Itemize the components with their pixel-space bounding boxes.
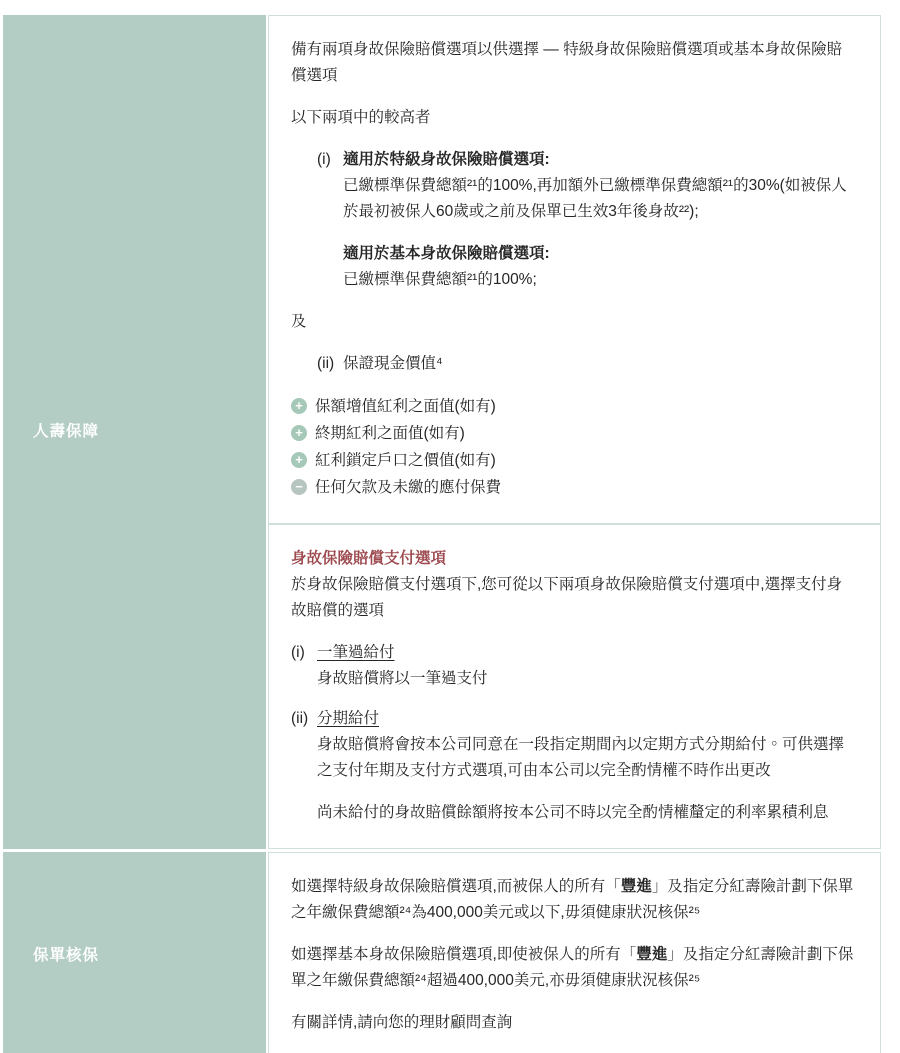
table-row-underwriting: 保單核保 如選擇特級身故保險賠償選項,而被保人的所有「豐進」及指定分紅壽險計劃下…	[3, 852, 881, 1053]
bullet-text: 終期紅利之面值(如有)	[315, 420, 465, 447]
list-item: + 終期紅利之面值(如有)	[291, 420, 854, 447]
plus-icon: +	[291, 398, 307, 414]
higher-of-paragraph: 以下兩項中的較高者	[291, 105, 854, 131]
payment-option-ii-body: 分期給付 身故賠償將會按本公司同意在一段指定期間內以定期方式分期給付。可供選擇之…	[317, 706, 854, 826]
list-item-ii-body: 保證現金價值⁴	[343, 351, 854, 377]
row-label-underwriting: 保單核保	[3, 852, 266, 1053]
plan-name-bold: 豐進	[621, 878, 652, 895]
basic-option-title: 適用於基本身故保險賠償選項:	[343, 241, 854, 267]
payment-options-section: 身故保險賠償支付選項 於身故保險賠償支付選項下,您可從以下兩項身故保險賠償支付選…	[269, 525, 880, 848]
bullet-text: 任何欠款及未繳的應付保費	[315, 474, 501, 501]
special-option-body: 已繳標準保費總額²¹的100%,再加額外已繳標準保費總額²¹的30%(如被保人於…	[343, 173, 854, 225]
and-connector: 及	[291, 309, 854, 335]
death-benefit-options-section: 備有兩項身故保險賠償選項以供選擇 — 特級身故保險賠償選項或基本身故保險賠償選項…	[269, 16, 880, 523]
list-marker-i: (i)	[317, 147, 343, 293]
lump-sum-title: 一筆過給付	[317, 640, 854, 666]
lump-sum-body: 身故賠償將以一筆過支付	[317, 666, 854, 692]
row-label-life-protection: 人壽保障	[3, 15, 266, 849]
underwriting-paragraph-2: 如選擇基本身故保險賠償選項,即使被保人的所有「豐進」及指定分紅壽險計劃下保單之年…	[291, 942, 854, 994]
bullet-text: 紅利鎖定戶口之價值(如有)	[315, 447, 496, 474]
guaranteed-cash-value-text: 保證現金價值⁴	[343, 351, 854, 377]
installment-title: 分期給付	[317, 706, 854, 732]
list-item-i: (i) 適用於特級身故保險賠償選項: 已繳標準保費總額²¹的100%,再加額外已…	[291, 147, 854, 293]
plus-icon: +	[291, 425, 307, 441]
list-item: + 保額增值紅利之面值(如有)	[291, 393, 854, 420]
advisor-note-paragraph: 有關詳情,請向您的理財顧問查詢	[291, 1010, 854, 1036]
adjustment-list: + 保額增值紅利之面值(如有) + 終期紅利之面值(如有) + 紅利鎖定戶口之價…	[291, 393, 854, 501]
paragraph-text: 如選擇基本身故保險賠償選項,即使被保人的所有「	[291, 946, 636, 963]
plan-name-bold: 豐進	[636, 946, 667, 963]
table-row-life-protection: 人壽保障 備有兩項身故保險賠償選項以供選擇 — 特級身故保險賠償選項或基本身故保…	[3, 15, 881, 849]
payment-options-intro: 於身故保險賠償支付選項下,您可從以下兩項身故保險賠償支付選項中,選擇支付身故賠償…	[291, 572, 854, 624]
underwriting-paragraph-1: 如選擇特級身故保險賠償選項,而被保人的所有「豐進」及指定分紅壽險計劃下保單之年繳…	[291, 874, 854, 926]
row-label-text: 人壽保障	[33, 419, 99, 445]
payment-option-i-body: 一筆過給付 身故賠償將以一筆過支付	[317, 640, 854, 692]
payment-option-i: (i) 一筆過給付 身故賠償將以一筆過支付	[291, 640, 854, 692]
underwriting-section: 如選擇特級身故保險賠償選項,而被保人的所有「豐進」及指定分紅壽險計劃下保單之年繳…	[269, 853, 880, 1053]
paragraph-text: 如選擇特級身故保險賠償選項,而被保人的所有「	[291, 878, 621, 895]
list-marker-ii: (ii)	[291, 706, 317, 826]
payment-option-ii: (ii) 分期給付 身故賠償將會按本公司同意在一段指定期間內以定期方式分期給付。…	[291, 706, 854, 826]
row-label-text: 保單核保	[33, 943, 99, 969]
plus-icon: +	[291, 452, 307, 468]
life-protection-content: 備有兩項身故保險賠償選項以供選擇 — 特級身故保險賠償選項或基本身故保險賠償選項…	[268, 15, 881, 849]
special-option-title: 適用於特級身故保險賠償選項:	[343, 147, 854, 173]
list-marker-ii: (ii)	[317, 351, 343, 377]
underwriting-content: 如選擇特級身故保險賠償選項,而被保人的所有「豐進」及指定分紅壽險計劃下保單之年繳…	[268, 852, 881, 1053]
minus-icon: −	[291, 479, 307, 495]
list-marker-i: (i)	[291, 640, 317, 692]
payment-options-title: 身故保險賠償支付選項	[291, 546, 854, 572]
list-item: − 任何欠款及未繳的應付保費	[291, 474, 854, 501]
bullet-text: 保額增值紅利之面值(如有)	[315, 393, 496, 420]
list-item-ii: (ii) 保證現金價值⁴	[291, 351, 854, 377]
installment-interest-note: 尚未給付的身故賠償餘額將按本公司不時以完全酌情權釐定的利率累積利息	[317, 800, 854, 826]
benefit-table: 人壽保障 備有兩項身故保險賠償選項以供選擇 — 特級身故保險賠償選項或基本身故保…	[3, 15, 881, 1053]
list-item: + 紅利鎖定戶口之價值(如有)	[291, 447, 854, 474]
options-intro-paragraph: 備有兩項身故保險賠償選項以供選擇 — 特級身故保險賠償選項或基本身故保險賠償選項	[291, 37, 854, 89]
list-item-i-body: 適用於特級身故保險賠償選項: 已繳標準保費總額²¹的100%,再加額外已繳標準保…	[343, 147, 854, 293]
installment-body: 身故賠償將會按本公司同意在一段指定期間內以定期方式分期給付。可供選擇之支付年期及…	[317, 732, 854, 784]
basic-option-body: 已繳標準保費總額²¹的100%;	[343, 267, 854, 293]
